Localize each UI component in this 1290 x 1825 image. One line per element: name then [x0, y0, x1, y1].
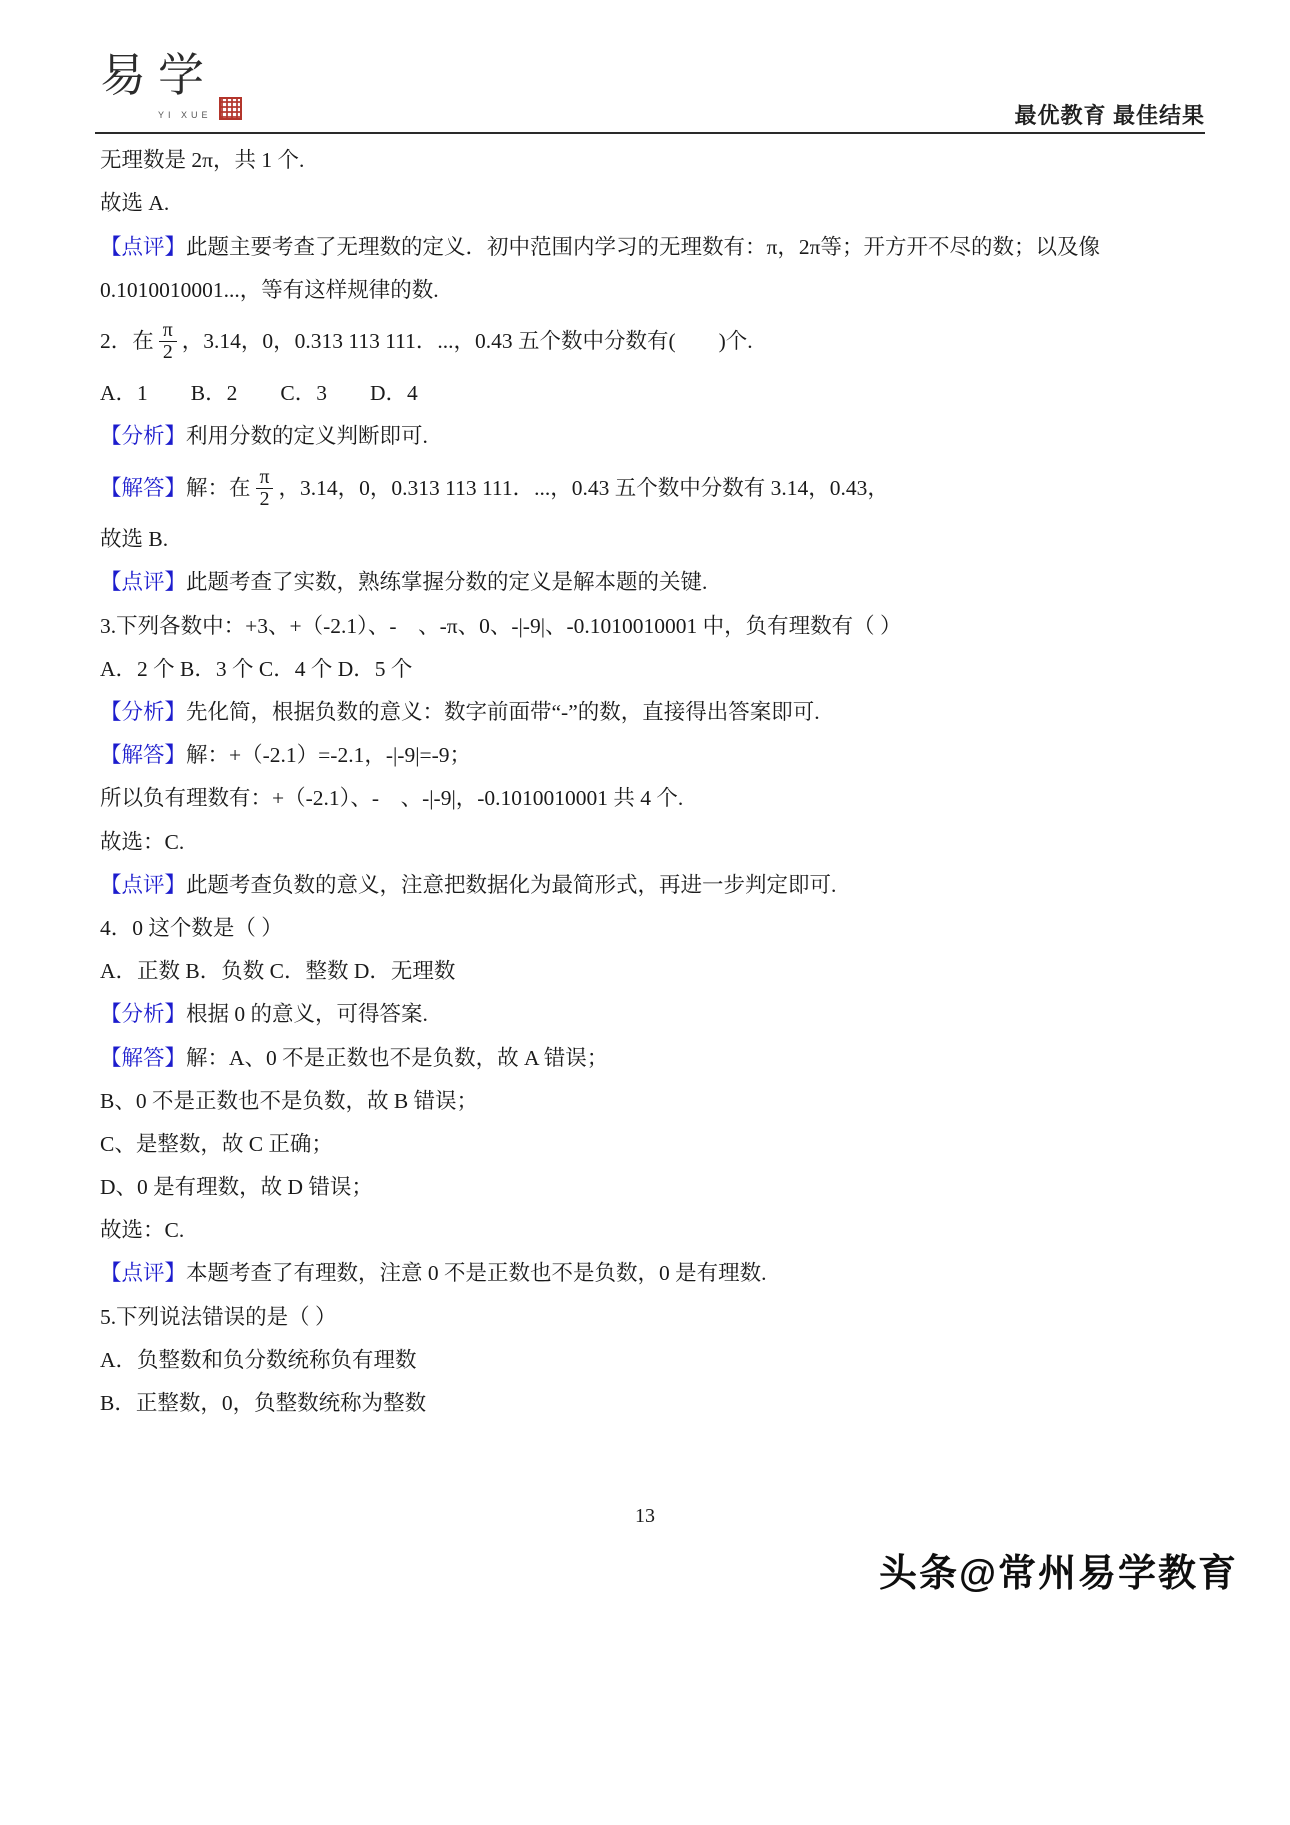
- line-text: 故选：C.: [100, 1217, 184, 1244]
- text-line: 【解答】解：A、0 不是正数也不是负数，故 A 错误；: [100, 1036, 1195, 1079]
- text-line: 无理数是 2π，共 1 个.: [100, 139, 1195, 182]
- section-label: 【点评】: [100, 569, 186, 596]
- line-text: 故选 B.: [100, 526, 168, 553]
- text-line: 【点评】此题主要考查了无理数的定义．初中范围内学习的无理数有：π，2π等；开方开…: [100, 225, 1195, 268]
- line-text: 此题考查负数的意义，注意把数据化为最简形式，再进一步判定即可.: [186, 872, 836, 899]
- line-text: 先化简，根据负数的意义：数字前面带“-”的数，直接得出答案即可.: [186, 699, 820, 726]
- text-line: 故选 A.: [100, 182, 1195, 225]
- text-line: 【点评】此题考查了实数，熟练掌握分数的定义是解本题的关键.: [100, 561, 1195, 604]
- line-text: 本题考查了有理数，注意 0 不是正数也不是负数，0 是有理数.: [186, 1260, 767, 1287]
- text-line: 【解答】解：在π2，3.14，0，0.313 113 111．...，0.43 …: [100, 458, 1195, 518]
- section-label: 【解答】: [100, 475, 186, 502]
- page-number: 13: [0, 1505, 1290, 1528]
- section-label: 【分析】: [100, 423, 186, 450]
- line-text: 4．0 这个数是（ ）: [100, 915, 283, 942]
- line-text: A．1 B．2 C．3 D．4: [100, 380, 418, 407]
- section-label: 【分析】: [100, 699, 186, 726]
- section-label: 【点评】: [100, 1260, 186, 1287]
- fraction-numerator: π: [256, 467, 274, 488]
- brand-logo-text: 易学: [100, 50, 242, 101]
- watermark-text: 头条@常州易学教育: [879, 1542, 1238, 1597]
- text-line: D、0 是有理数，故 D 错误；: [100, 1166, 1195, 1209]
- document-page: 易学 YI XUE 最优教育 最佳结果 无理数是 2π，共 1 个.故选 A.【…: [0, 0, 1290, 1825]
- section-label: 【解答】: [100, 742, 186, 769]
- text-line: B．正整数，0，负整数统称为整数: [100, 1382, 1195, 1425]
- fraction: π2: [159, 320, 177, 363]
- section-label: 【解答】: [100, 1045, 186, 1072]
- brand-seal-icon: [219, 97, 242, 120]
- text-line: 故选 B.: [100, 518, 1195, 561]
- line-text: B、0 不是正数也不是负数，故 B 错误；: [100, 1088, 478, 1115]
- line-text: 3.下列各数中：+3、+（-2.1）、- 、-π、0、-|-9|、-0.1010…: [100, 613, 902, 640]
- line-text: ，3.14，0，0.313 113 111．...，0.43 五个数中分数有( …: [182, 328, 753, 355]
- line-text: 此题考查了实数，熟练掌握分数的定义是解本题的关键.: [186, 569, 707, 596]
- text-line: 【解答】解：+（-2.1）=-2.1，-|-9|=-9；: [100, 734, 1195, 777]
- header-divider: [95, 132, 1205, 134]
- text-line: 故选：C.: [100, 820, 1195, 863]
- fraction-denominator: 2: [159, 341, 177, 363]
- text-line: A．正数 B．负数 C．整数 D．无理数: [100, 950, 1195, 993]
- line-text: 0.1010010001...，等有这样规律的数.: [100, 277, 439, 304]
- text-line: 5.下列说法错误的是（ ）: [100, 1296, 1195, 1339]
- line-text: ，3.14，0，0.313 113 111．...，0.43 五个数中分数有 3…: [279, 475, 889, 502]
- line-text: 解：+（-2.1）=-2.1，-|-9|=-9；: [186, 742, 471, 769]
- line-text: 此题主要考查了无理数的定义．初中范围内学习的无理数有：π，2π等；开方开不尽的数…: [186, 234, 1100, 261]
- text-line: 【分析】利用分数的定义判断即可.: [100, 415, 1195, 458]
- line-text: 2．在: [100, 328, 154, 355]
- text-line: A．2 个 B．3 个 C．4 个 D．5 个: [100, 648, 1195, 691]
- text-line: 3.下列各数中：+3、+（-2.1）、- 、-π、0、-|-9|、-0.1010…: [100, 605, 1195, 648]
- line-text: 5.下列说法错误的是（ ）: [100, 1304, 337, 1331]
- line-text: C、是整数，故 C 正确；: [100, 1131, 333, 1158]
- line-text: A．负整数和负分数统称负有理数: [100, 1347, 417, 1374]
- line-text: 解：在: [186, 475, 251, 502]
- text-line: A．1 B．2 C．3 D．4: [100, 372, 1195, 415]
- line-text: 解：A、0 不是正数也不是负数，故 A 错误；: [186, 1045, 608, 1072]
- line-text: D、0 是有理数，故 D 错误；: [100, 1174, 373, 1201]
- text-line: 4．0 这个数是（ ）: [100, 907, 1195, 950]
- text-line: B、0 不是正数也不是负数，故 B 错误；: [100, 1080, 1195, 1123]
- section-label: 【点评】: [100, 872, 186, 899]
- text-line: 【分析】根据 0 的意义，可得答案.: [100, 993, 1195, 1036]
- line-text: 利用分数的定义判断即可.: [186, 423, 428, 450]
- line-text: 故选 A.: [100, 190, 169, 217]
- line-text: 所以负有理数有：+（-2.1）、- 、-|-9|，-0.1010010001 共…: [100, 785, 683, 812]
- line-text: 故选：C.: [100, 829, 184, 856]
- text-line: 0.1010010001...，等有这样规律的数.: [100, 269, 1195, 312]
- brand-tagline: 最优教育 最佳结果: [1014, 99, 1205, 130]
- text-line: 【点评】本题考查了有理数，注意 0 不是正数也不是负数，0 是有理数.: [100, 1252, 1195, 1295]
- document-body: 无理数是 2π，共 1 个.故选 A.【点评】此题主要考查了无理数的定义．初中范…: [100, 139, 1195, 1425]
- text-line: C、是整数，故 C 正确；: [100, 1123, 1195, 1166]
- fraction-numerator: π: [159, 320, 177, 341]
- line-text: A．2 个 B．3 个 C．4 个 D．5 个: [100, 656, 412, 683]
- line-text: A．正数 B．负数 C．整数 D．无理数: [100, 958, 455, 985]
- text-line: 2．在π2，3.14，0，0.313 113 111．...，0.43 五个数中…: [100, 312, 1195, 372]
- section-label: 【点评】: [100, 234, 186, 261]
- text-line: 故选：C.: [100, 1209, 1195, 1252]
- text-line: 【分析】先化简，根据负数的意义：数字前面带“-”的数，直接得出答案即可.: [100, 691, 1195, 734]
- text-line: A．负整数和负分数统称负有理数: [100, 1339, 1195, 1382]
- brand-logo-subtext: YI XUE: [158, 110, 212, 120]
- section-label: 【分析】: [100, 1001, 186, 1028]
- fraction: π2: [256, 467, 274, 510]
- text-line: 【点评】此题考查负数的意义，注意把数据化为最简形式，再进一步判定即可.: [100, 864, 1195, 907]
- line-text: B．正整数，0，负整数统称为整数: [100, 1390, 426, 1417]
- line-text: 根据 0 的意义，可得答案.: [186, 1001, 428, 1028]
- line-text: 无理数是 2π，共 1 个.: [100, 147, 304, 174]
- text-line: 所以负有理数有：+（-2.1）、- 、-|-9|，-0.1010010001 共…: [100, 777, 1195, 820]
- brand-logo: 易学 YI XUE: [100, 50, 242, 120]
- fraction-denominator: 2: [256, 488, 274, 510]
